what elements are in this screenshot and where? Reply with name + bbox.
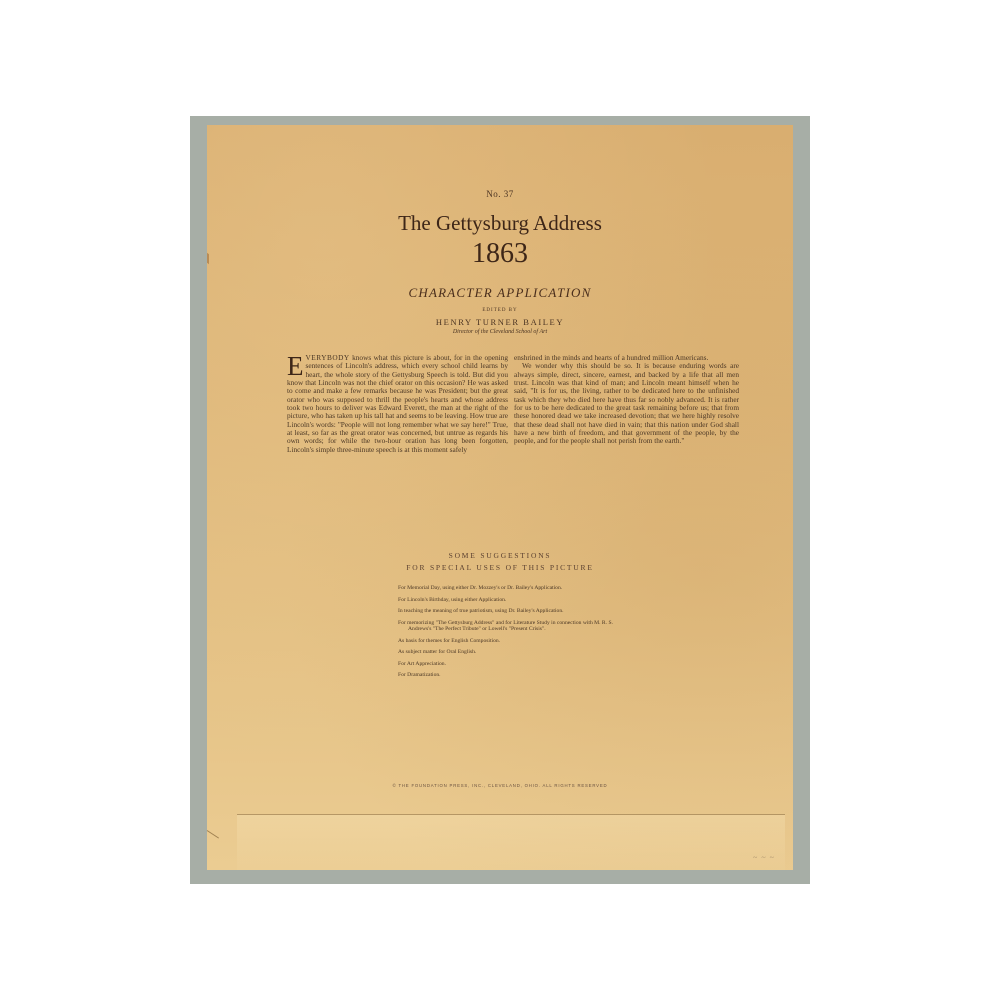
suggestions-subheading: FOR SPECIAL USES OF THIS PICTURE (207, 563, 793, 572)
suggestion-item: As subject matter for Oral English. (398, 649, 628, 655)
body-paragraph-2: We wonder why this should be so. It is b… (514, 362, 739, 445)
suggestion-item: As basis for themes for English Composit… (398, 638, 628, 644)
suggestion-item: In teaching the meaning of true patrioti… (398, 608, 628, 614)
document-title: The Gettysburg Address (207, 211, 793, 236)
pencil-mark: ~ ~ ~ (753, 853, 775, 862)
edited-by-label: EDITED BY (207, 308, 793, 313)
suggestion-item: For memorizing "The Gettysburg Address" … (398, 620, 628, 633)
body-paragraph-1: EVERYBODY knows what this picture is abo… (287, 354, 508, 454)
document-year: 1863 (207, 238, 793, 270)
body-column-left: EVERYBODY knows what this picture is abo… (287, 354, 508, 454)
document-number: No. 37 (207, 189, 793, 199)
paper-corner-tear (207, 830, 219, 838)
suggestions-list: For Memorial Day, using either Dr. Mozze… (398, 585, 628, 684)
suggestions-heading: SOME SUGGESTIONS (207, 551, 793, 560)
suggestion-item: For Lincoln's Birthday, using either App… (398, 597, 628, 603)
suggestion-item: For Memorial Day, using either Dr. Mozze… (398, 585, 628, 591)
body-column-right: enshrined in the minds and hearts of a h… (514, 354, 739, 446)
copyright-line: © THE FOUNDATION PRESS, INC., CLEVELAND,… (207, 783, 793, 788)
document-subtitle: CHARACTER APPLICATION (207, 285, 793, 301)
editor-role: Director of the Cleveland School of Art (207, 329, 793, 335)
document-page: No. 37 The Gettysburg Address 1863 CHARA… (207, 125, 793, 870)
paragraph-1-text: knows what this picture is about, for in… (287, 353, 508, 454)
drop-cap: E (287, 355, 304, 377)
suggestion-item: For Art Appreciation. (398, 661, 628, 667)
suggestion-item: For Dramatization. (398, 672, 628, 678)
editor-name: HENRY TURNER BAILEY (207, 317, 793, 327)
paper-fold-line (237, 814, 785, 815)
paper-fold-flap (237, 815, 785, 870)
